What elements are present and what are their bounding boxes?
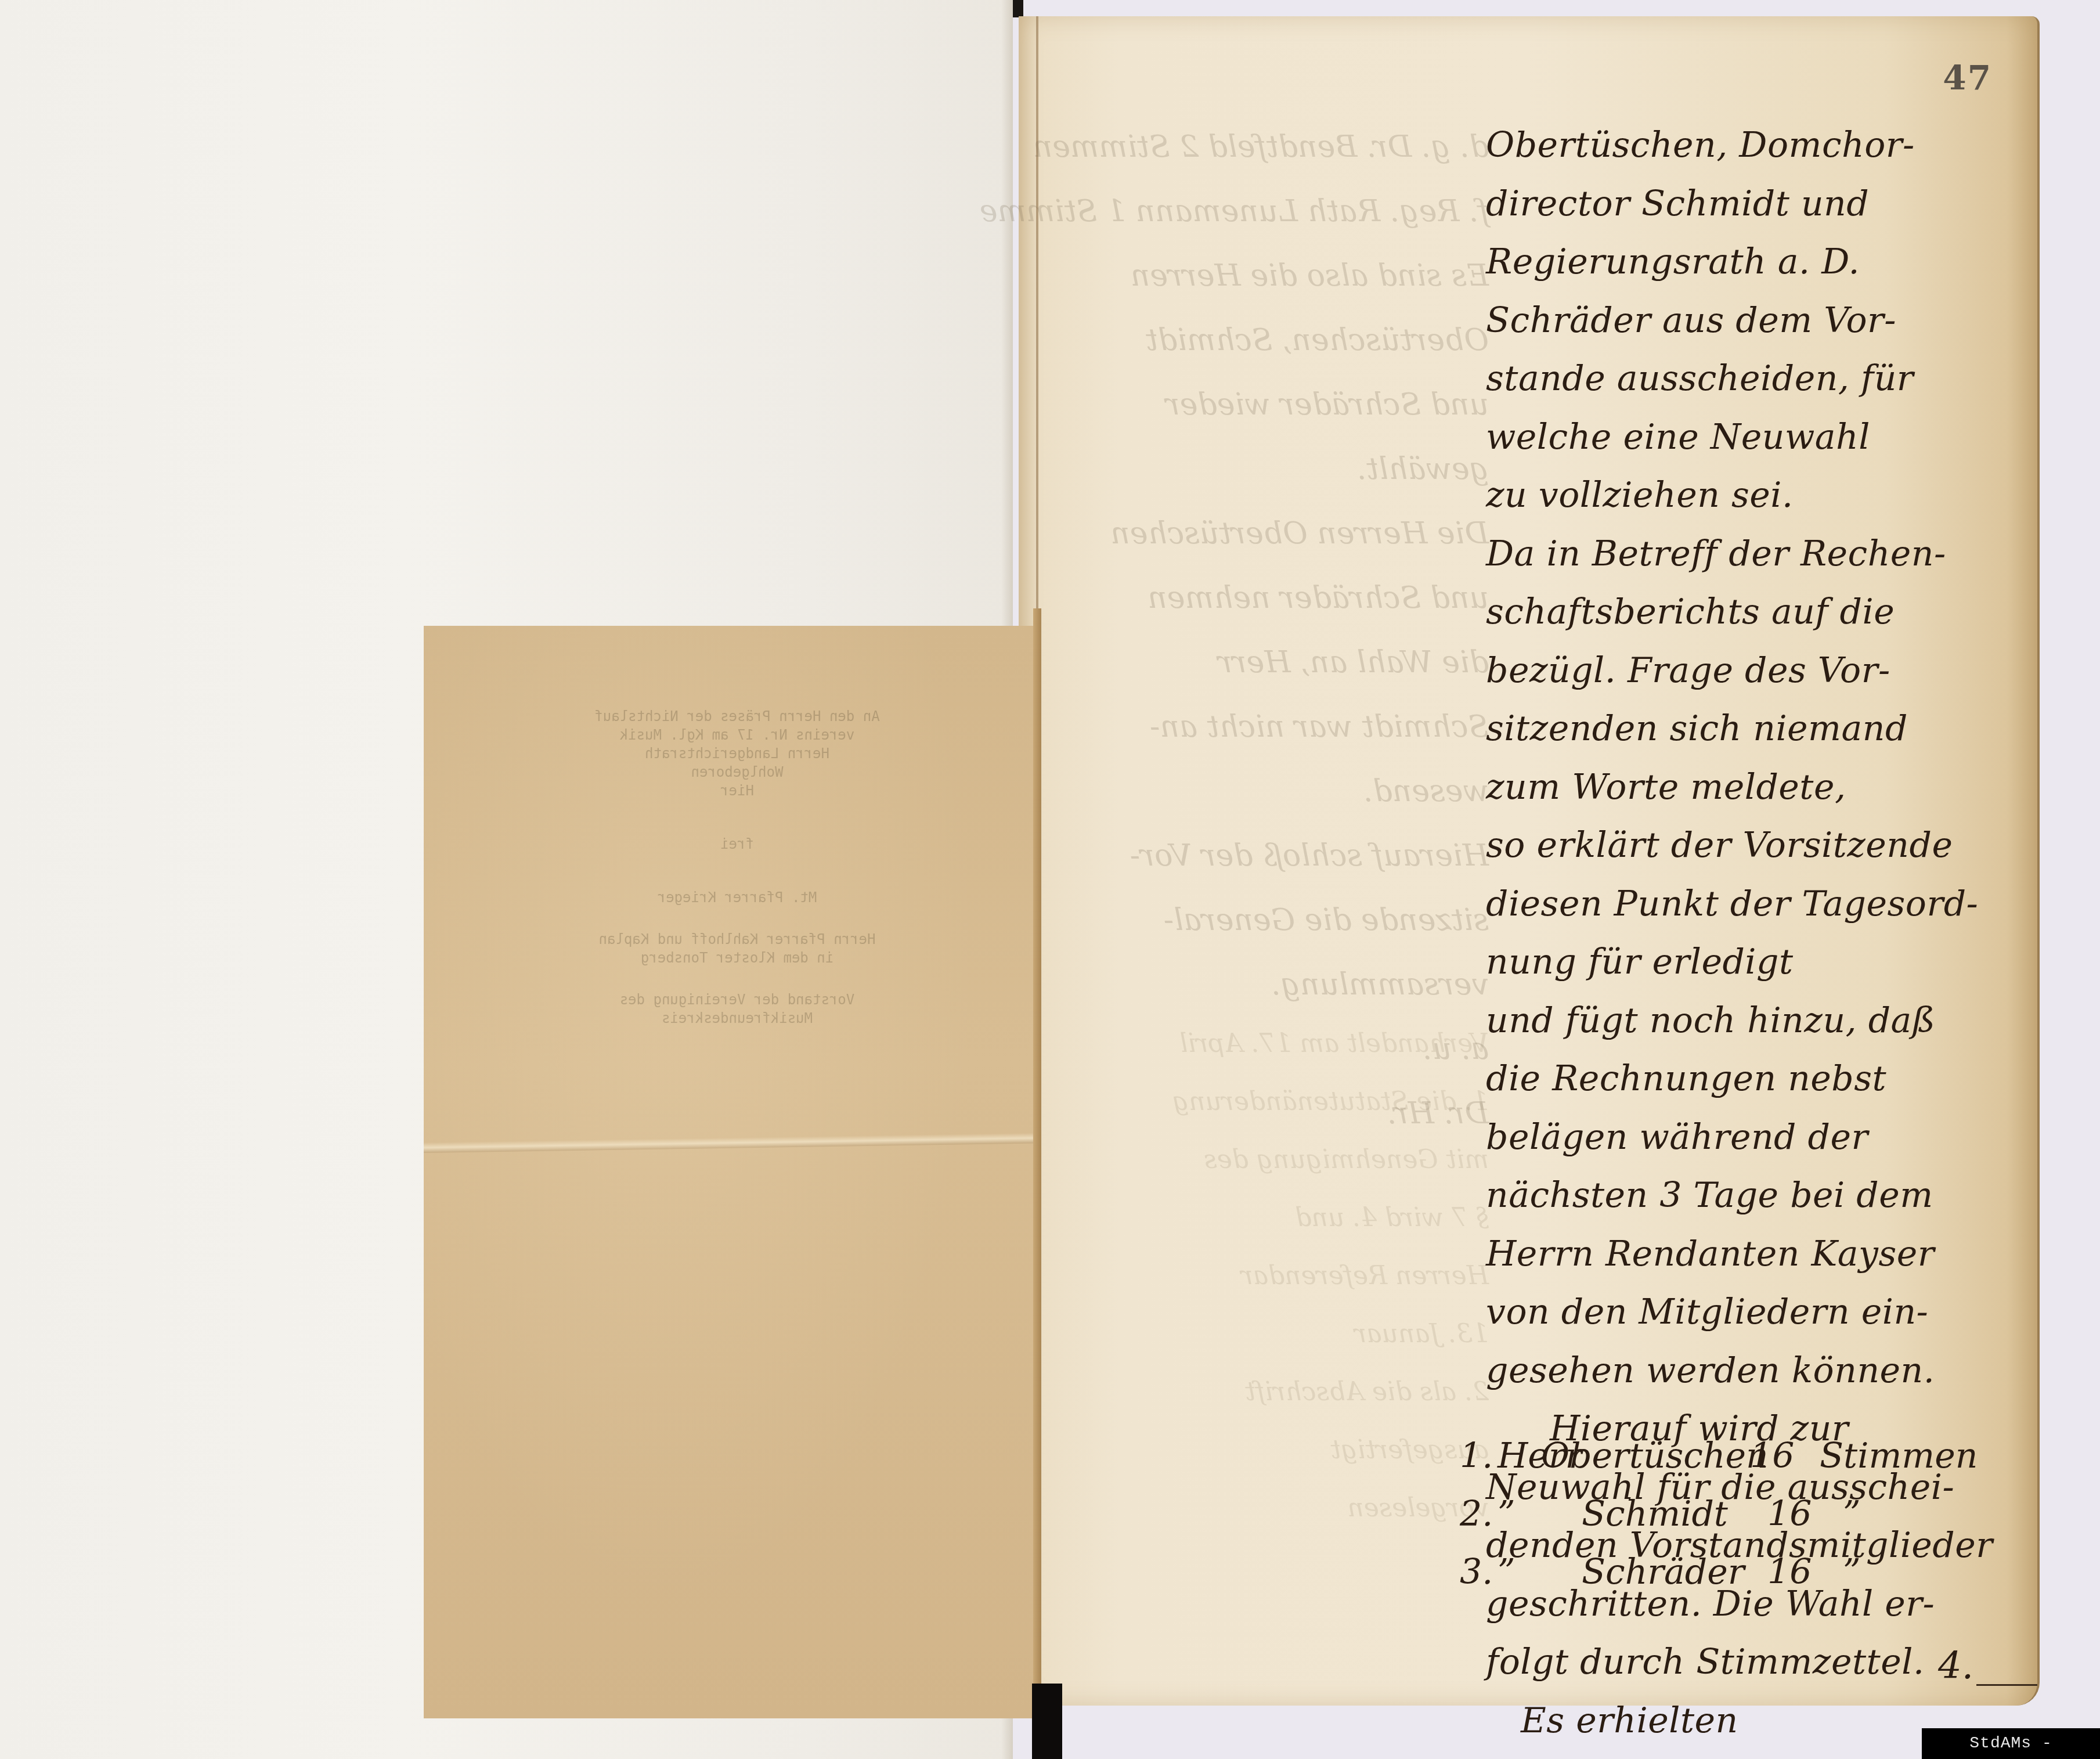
ghost-line: die Wahl an, Herr [1036, 630, 1489, 695]
archive-label: StdAMs - MV_004_062 [1922, 1728, 2100, 1759]
ghost-print-line: Wohlgeboren [575, 763, 900, 781]
folded-insert-sheet: An den Herrn Präses der Nichtslauf verei… [424, 626, 1033, 1718]
ghost-print-line: Vorstand der Vereinigung des [575, 990, 900, 1009]
ghost-line: § 7 wird 4. und [1036, 1189, 1489, 1247]
ghost-line: Verhandelt am 17. April [1036, 1015, 1489, 1073]
page-number: 47 [1943, 58, 1992, 98]
vote-unit: ” [1843, 1552, 1861, 1592]
insert-edge [1033, 608, 1041, 1711]
ghost-line: 13. Januar [1036, 1305, 1489, 1363]
ghost-line: d. g. Dr. Bendtfeld 2 Stimmen [1036, 115, 1489, 179]
ghost-line: Schmidt war nicht an- [1036, 695, 1489, 759]
text-line: stande ausscheiden, für [1486, 349, 2008, 408]
ghost-line: 2. als die Abschrift [1036, 1363, 1489, 1421]
vote-row: 3. ” Schräder 16 ” [1460, 1552, 2011, 1610]
vote-candidate: Obertüschen [1541, 1436, 1769, 1476]
text-line: und fügt noch hinzu, daß [1486, 992, 2008, 1050]
ghost-line: ausgefertigt [1036, 1421, 1489, 1479]
ghost-print-line: Mt. Pfarrer Krieger [575, 888, 900, 907]
binding-strip-bottom [1032, 1684, 1062, 1759]
text-line: folgt durch Stimmzettel. [1486, 1633, 2008, 1692]
ghost-line: Herren Referendar [1036, 1247, 1489, 1305]
vote-unit: Stimmen [1820, 1436, 1978, 1476]
text-line: welche eine Neuwahl [1486, 408, 2008, 467]
text-line: zum Worte meldete, [1486, 758, 2008, 817]
bleed-through-text-lower: Verhandelt am 17. April 1. die Statutenä… [1036, 1015, 1489, 1537]
manuscript-page: 47 d. g. Dr. Bendtfeld 2 Stimmen f. Reg.… [1019, 16, 2040, 1706]
text-line: zu vollziehen sei. [1486, 466, 2008, 525]
ghost-line: wesend. [1036, 759, 1489, 824]
fold-crease [424, 1133, 1033, 1153]
ghost-print-line: frei [575, 835, 900, 853]
text-line: sitzenden sich niemand [1486, 700, 2008, 758]
bleed-through-text-upper: d. g. Dr. Bendtfeld 2 Stimmen f. Reg. Ra… [1036, 115, 1489, 1146]
vote-candidate: Schmidt [1582, 1494, 1728, 1534]
text-line: diesen Punkt der Tagesord- [1486, 875, 2008, 933]
text-line: von den Mitgliedern ein- [1486, 1283, 2008, 1342]
vote-number: 2. [1460, 1494, 1493, 1534]
vote-row: 1. Herr Obertüschen 16 Stimmen [1460, 1436, 2011, 1494]
vote-number: 3. [1460, 1552, 1493, 1592]
vote-title: ” [1498, 1494, 1516, 1534]
text-line: gesehen werden können. [1486, 1342, 2008, 1400]
text-line: die Rechnungen nebst [1486, 1050, 2008, 1108]
vote-title: ” [1498, 1552, 1516, 1592]
vote-unit: ” [1843, 1494, 1861, 1534]
text-line: belägen während der [1486, 1108, 2008, 1167]
text-line: so erklärt der Vorsitzende [1486, 816, 2008, 875]
ghost-line: 1. die Statutenänderung [1036, 1073, 1489, 1131]
text-line: director Schmidt und [1486, 175, 2008, 233]
ghost-line: f. Reg. Rath Lunemann 1 Stimme [1036, 179, 1489, 244]
insert-ghost-print: An den Herrn Präses der Nichtslauf verei… [575, 707, 900, 1028]
ghost-print-line: Musikfreundeskreis [575, 1009, 900, 1028]
ghost-print-line: Herrn Pfarrer Kahlhoff und Kaplan [575, 930, 900, 949]
ghost-line: und Schräder wieder [1036, 373, 1489, 437]
vote-count: 16 [1750, 1436, 1794, 1476]
text-line: Herrn Rendanten Kayser [1486, 1225, 2008, 1284]
ghost-line: vorgelesen [1036, 1479, 1489, 1537]
ghost-print-line: in dem Kloster Tonsberg [575, 949, 900, 967]
ghost-line: gewählt. [1036, 437, 1489, 502]
ghost-print-line: vereins Nr. 17 am Kgl. Musik [575, 726, 900, 744]
ghost-print-line: Hier [575, 781, 900, 800]
vote-number: 1. [1460, 1436, 1493, 1476]
vote-count: 16 [1767, 1494, 1812, 1534]
catchword-underline [1976, 1684, 2037, 1686]
binding-strip-top [1013, 0, 1023, 17]
ghost-line: und Schräder nehmen [1036, 566, 1489, 630]
text-line: bezügl. Frage des Vor- [1486, 641, 2008, 700]
ghost-print-line: An den Herrn Präses der Nichtslauf [575, 707, 900, 726]
text-line: nung für erledigt [1486, 933, 2008, 992]
ghost-line: sitzende die General- [1036, 888, 1489, 953]
vote-candidate: Schräder [1582, 1552, 1744, 1592]
text-line: schaftsberichts auf die [1486, 583, 2008, 641]
vote-count: 16 [1767, 1552, 1812, 1592]
text-line: Obertüschen, Domchor- [1486, 116, 2008, 175]
ghost-print-line: Herrn Landgerichtsrath [575, 744, 900, 763]
text-line: Schräder aus dem Vor- [1486, 291, 2008, 350]
ghost-line: mit Genehmigung des [1036, 1131, 1489, 1189]
vote-row: 2. ” Schmidt 16 ” [1460, 1494, 2011, 1552]
ghost-line: versammlung. [1036, 953, 1489, 1017]
text-line: nächsten 3 Tage bei dem [1486, 1166, 2008, 1225]
ghost-line: Obertüschen, Schmidt [1036, 308, 1489, 373]
vote-results: 1. Herr Obertüschen 16 Stimmen 2. ” Schm… [1460, 1436, 2011, 1610]
text-line: Da in Betreff der Rechen- [1486, 525, 2008, 583]
ghost-line: Es sind also die Herren [1036, 244, 1489, 308]
text-line: Regierungsrath a. D. [1486, 233, 2008, 291]
ghost-line: Hierauf schloß der Vor- [1036, 824, 1489, 888]
ghost-line: Die Herren Obertüschen [1036, 502, 1489, 566]
catchword: 4. [1938, 1645, 1973, 1688]
